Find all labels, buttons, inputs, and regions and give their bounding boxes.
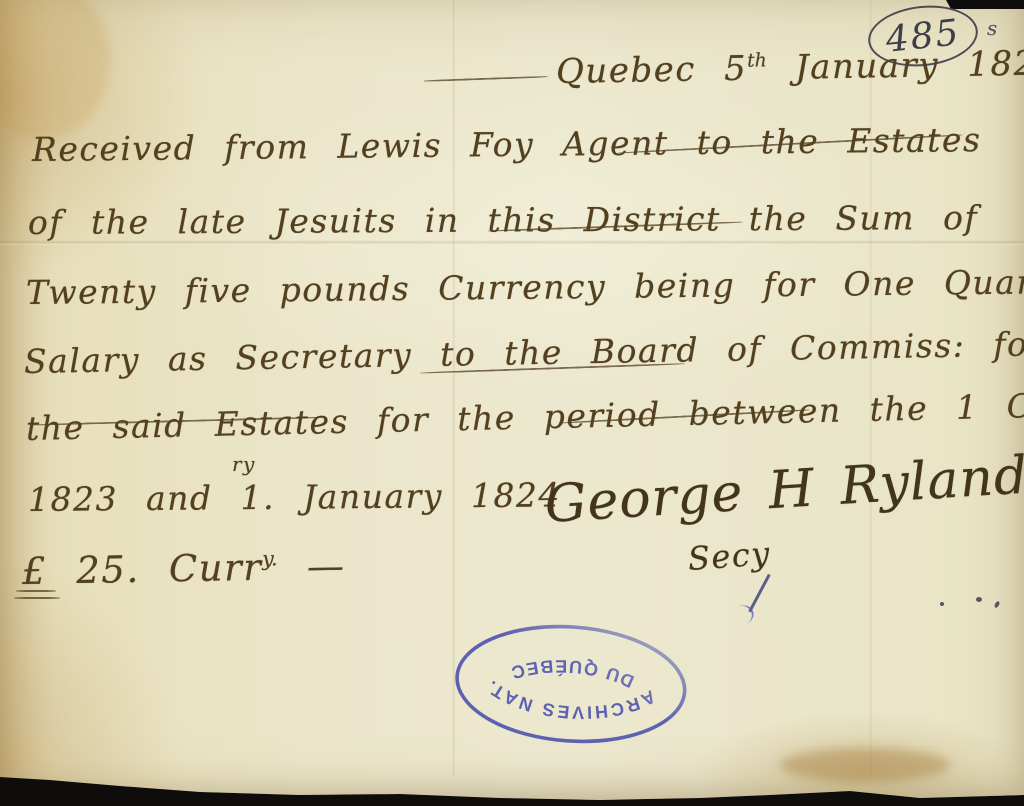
folio-margin-mark: s [987, 16, 997, 40]
dateline-ordinal: th [747, 50, 767, 71]
body-line-2: of the late Jesuits in this District the… [28, 198, 978, 242]
archive-stamp-svg: ARCHIVES NAT. DU QUÉBEC [446, 608, 697, 757]
amount-unit: Curr [169, 546, 263, 591]
ink-speck [940, 602, 944, 606]
signature-title: Secy [687, 534, 772, 578]
dateline: Quebec 5th January 1824 [556, 43, 1024, 92]
vertical-fold-crease-right [869, 0, 873, 776]
interline-insertion: ry [232, 452, 256, 476]
svg-text:DU QUÉBEC: DU QUÉBEC [506, 652, 638, 692]
dateline-month-year: January 1824 [795, 43, 1024, 88]
pound-underline [14, 597, 60, 599]
stamp-text-bottom: DU QUÉBEC [506, 652, 638, 692]
bottom-stain [780, 748, 950, 782]
body-line-6: 1823 and 1. January 1824 [28, 475, 561, 519]
amount-unit-superscript: y. [262, 546, 278, 570]
pound-underline [16, 590, 56, 592]
amount-dash: — [307, 544, 346, 588]
pound-sign: £ [22, 550, 48, 593]
archive-stamp: ARCHIVES NAT. DU QUÉBEC [446, 608, 697, 757]
ink-speck [976, 597, 982, 602]
dateline-place-day: Quebec 5 [556, 49, 748, 92]
amount-line: £ 25. Curry. — [22, 544, 346, 593]
amount-value: 25. [76, 548, 140, 592]
